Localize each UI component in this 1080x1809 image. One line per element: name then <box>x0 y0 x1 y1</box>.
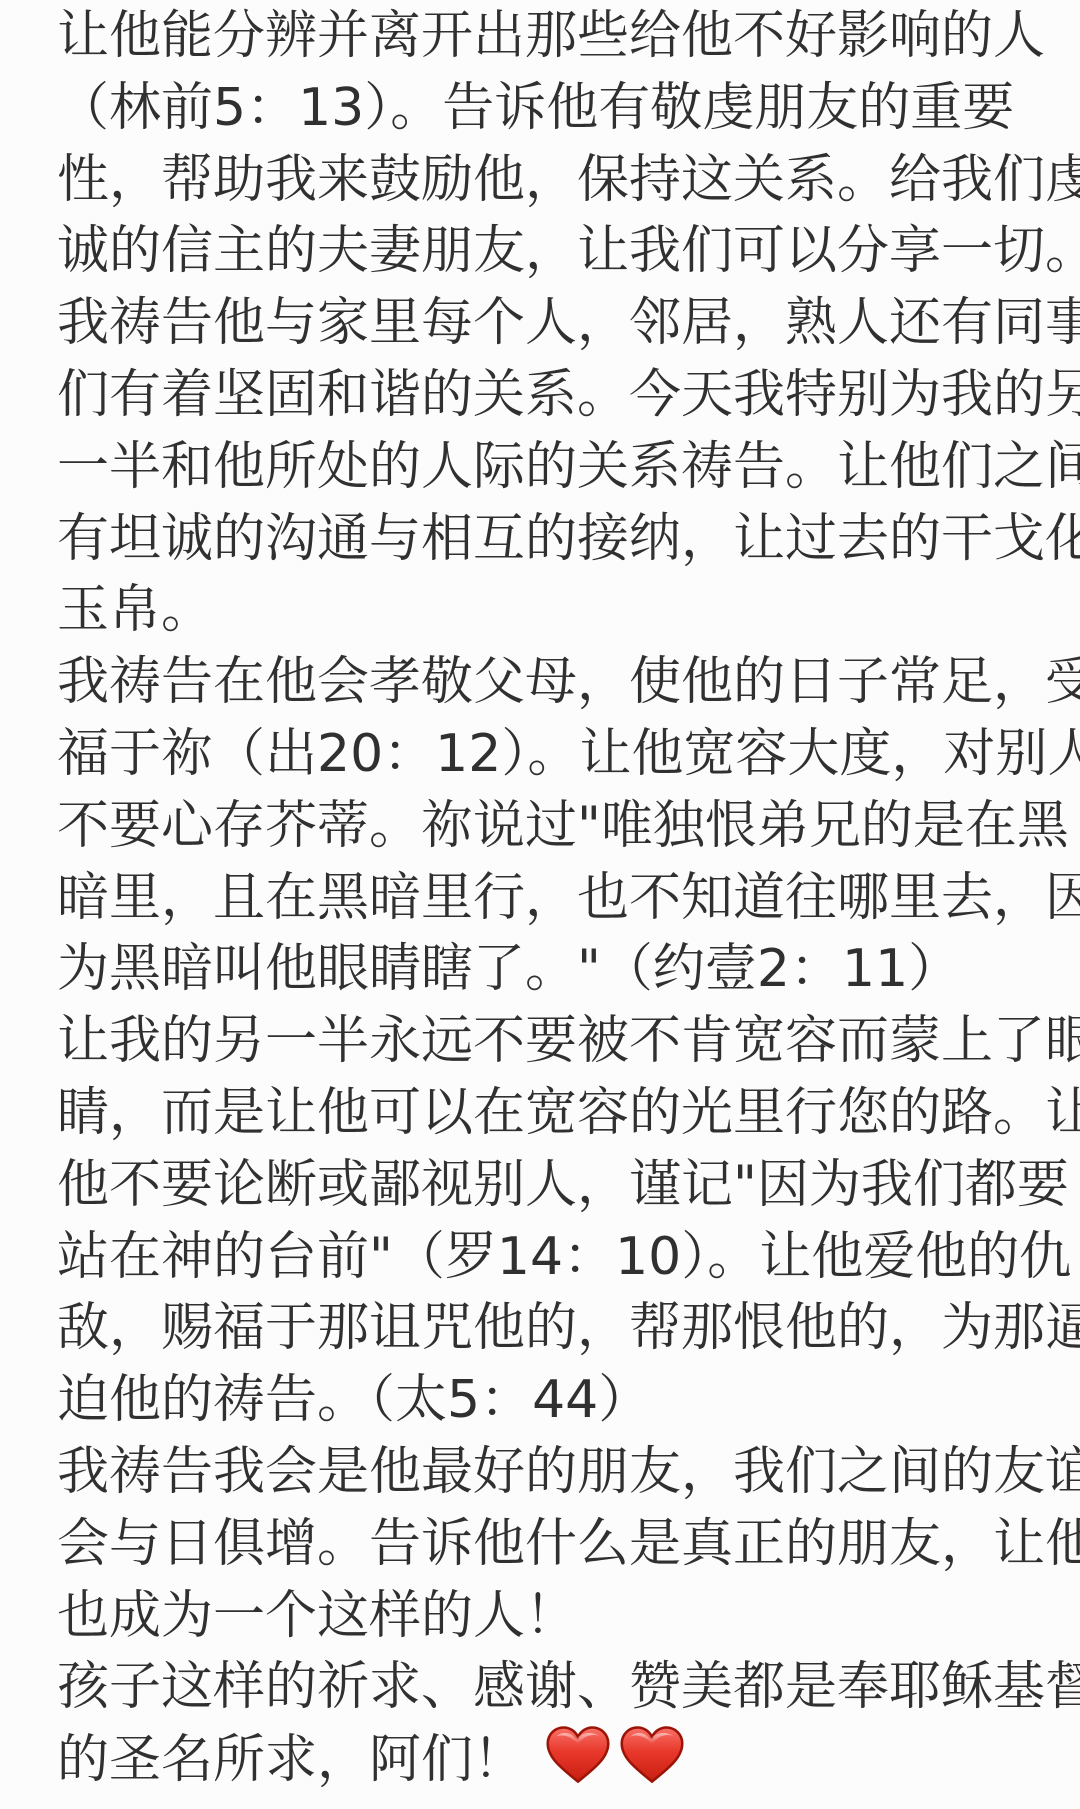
red-heart-emoji-icon <box>619 1724 685 1786</box>
prayer-line: 暗里，且在黑暗里行，也不知道往哪里去，因 <box>57 863 1060 935</box>
prayer-line: 迫他的祷告。（太5：44） <box>57 1365 1060 1437</box>
prayer-line: 他不要论断或鄙视别人，谨记"因为我们都要 <box>57 1150 1060 1222</box>
prayer-line: 们有着坚固和谐的关系。今天我特别为我的另 <box>57 360 1060 432</box>
prayer-line-text: 的圣名所求，阿们！ <box>57 1730 525 1790</box>
prayer-line: 孩子这样的祈求、感谢、赞美都是奉耶稣基督 <box>57 1652 1060 1724</box>
prayer-line-last: 的圣名所求，阿们！ <box>57 1724 1060 1796</box>
prayer-line: 也成为一个这样的人！ <box>57 1581 1060 1653</box>
prayer-line: 一半和他所处的人际的关系祷告。让他们之间 <box>57 432 1060 504</box>
prayer-line: 不要心存芥蒂。祢说过"唯独恨弟兄的是在黑 <box>57 791 1060 863</box>
prayer-line: 睛，而是让他可以在宽容的光里行您的路。让 <box>57 1078 1060 1150</box>
prayer-line: 我祷告我会是他最好的朋友，我们之间的友谊 <box>57 1437 1060 1509</box>
prayer-line: 让他能分辨并离开出那些给他不好影响的人 <box>57 1 1060 73</box>
prayer-line: 我祷告他与家里每个人，邻居，熟人还有同事 <box>57 288 1060 360</box>
prayer-line: 站在神的台前"（罗14：10）。让他爱他的仇 <box>57 1222 1060 1294</box>
prayer-line: 我祷告在他会孝敬父母，使他的日子常足，受 <box>57 647 1060 719</box>
prayer-line: 玉帛。 <box>57 575 1060 647</box>
prayer-line: 诚的信主的夫妻朋友，让我们可以分享一切。 <box>57 216 1060 288</box>
prayer-line: 性，帮助我来鼓励他，保持这关系。给我们虔 <box>57 145 1060 217</box>
prayer-line: 为黑暗叫他眼睛瞎了。"（约壹2：11） <box>57 934 1060 1006</box>
prayer-text-page: 让他能分辨并离开出那些给他不好影响的人 （林前5：13）。告诉他有敬虔朋友的重要… <box>0 0 1080 1809</box>
prayer-line: 有坦诚的沟通与相互的接纳，让过去的干戈化 <box>57 504 1060 576</box>
prayer-line: 让我的另一半永远不要被不肯宽容而蒙上了眼 <box>57 1006 1060 1078</box>
prayer-line: 敌，赐福于那诅咒他的，帮那恨他的，为那逼 <box>57 1293 1060 1365</box>
red-heart-emoji-icon <box>545 1724 611 1786</box>
prayer-line: 福于祢（出20：12）。让他宽容大度，对别人 <box>57 719 1060 791</box>
prayer-line: 会与日俱增。告诉他什么是真正的朋友，让他 <box>57 1509 1060 1581</box>
prayer-line: （林前5：13）。告诉他有敬虔朋友的重要 <box>57 73 1060 145</box>
